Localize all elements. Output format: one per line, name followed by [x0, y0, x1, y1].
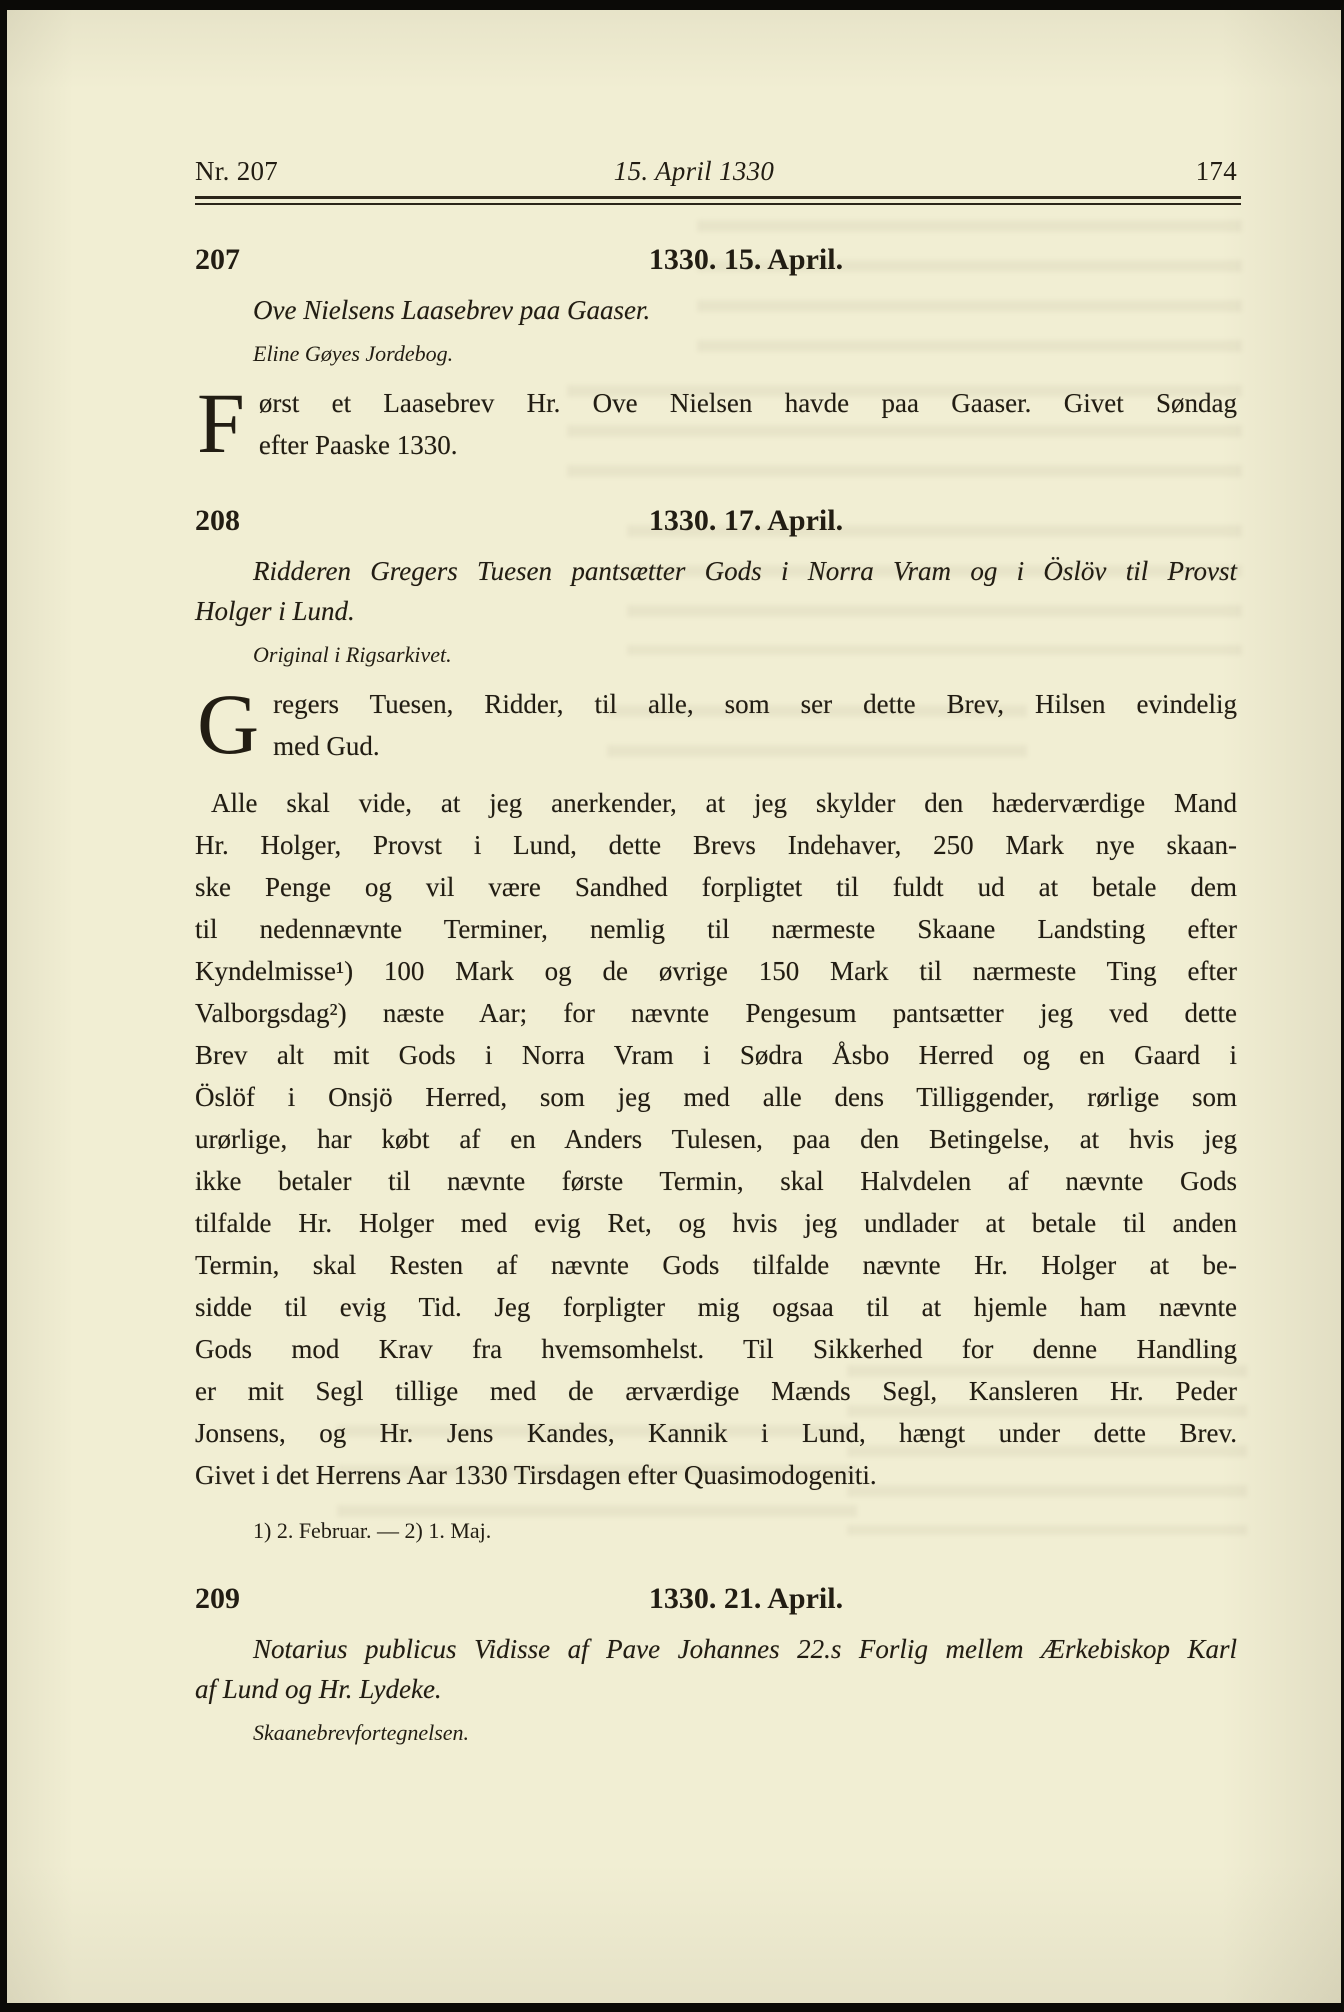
text-line: med Gud. — [195, 725, 1237, 767]
entry-summary: Ridderen Gregers Tuesen pantsætter Gods … — [195, 551, 1237, 631]
text-line: ikke betaler til nævnte første Termin, s… — [195, 1160, 1237, 1202]
text-line: Valborgsdag²) næste Aar; for nævnte Peng… — [195, 992, 1237, 1034]
entry-number: 207 — [195, 243, 240, 276]
text-line: Først et Laasebrev Hr. Ove Nielsen havde… — [195, 382, 1237, 424]
text-line: efter Paaske 1330. — [195, 424, 1237, 466]
text-line: Hr. Holger, Provst i Lund, dette Brevs I… — [195, 824, 1237, 866]
text-line: ske Penge og vil være Sandhed forpligtet… — [195, 866, 1237, 908]
text-line: til nedennævnte Terminer, nemlig til nær… — [195, 908, 1237, 950]
entry-date: 1330. 15. April. — [649, 243, 843, 277]
entry-body-paragraph: Alle skal vide, at jeg anerkender, at je… — [195, 782, 1237, 1496]
drop-cap-letter: G — [197, 688, 259, 760]
text-line: Gregers Tuesen, Ridder, til alle, som se… — [195, 683, 1237, 725]
entry-number: 208 — [195, 504, 240, 537]
text-line: af Lund og Hr. Lydeke. — [195, 1669, 1237, 1709]
entry-heading: 208 1330. 17. April. — [195, 504, 1237, 538]
running-header: Nr. 207 15. April 1330 174 — [195, 156, 1237, 187]
footnote: 1) 2. Februar. — 2) 1. Maj. — [195, 1518, 1237, 1544]
running-header-date: 15. April 1330 — [614, 156, 774, 187]
text-line: Öslöf i Onsjö Herred, som jeg med alle d… — [195, 1076, 1237, 1118]
entry-number: 209 — [195, 1582, 240, 1615]
entry-source: Skaanebrevfortegnelsen. — [195, 1720, 1237, 1746]
entry-source: Original i Rigsarkivet. — [195, 642, 1237, 668]
text-line: Holger i Lund. — [195, 591, 1237, 631]
entry-heading: 209 1330. 21. April. — [195, 1582, 1237, 1616]
running-header-number: Nr. 207 — [195, 156, 278, 187]
page-content: Nr. 207 15. April 1330 174 207 1330. 15.… — [195, 156, 1237, 1746]
drop-cap-letter: F — [197, 387, 245, 459]
entry-source: Eline Gøyes Jordebog. — [195, 341, 1237, 367]
text-line: Ridderen Gregers Tuesen pantsætter Gods … — [195, 551, 1237, 591]
text-line: Givet i det Herrens Aar 1330 Tirsdagen e… — [195, 1454, 1237, 1496]
entry-date: 1330. 21. April. — [649, 1582, 843, 1616]
entry-207: 207 1330. 15. April. Ove Nielsens Laaseb… — [195, 243, 1237, 466]
page-number: 174 — [1196, 156, 1237, 187]
text-line: sidde til evig Tid. Jeg forpligter mig o… — [195, 1286, 1237, 1328]
text-line: er mit Segl tillige med de ærværdige Mæn… — [195, 1370, 1237, 1412]
text-line: urørlige, har købt af en Anders Tulesen,… — [195, 1118, 1237, 1160]
text-line: Brev alt mit Gods i Norra Vram i Sødra Å… — [195, 1034, 1237, 1076]
text-line: Gods mod Krav fra hvemsomhelst. Til Sikk… — [195, 1328, 1237, 1370]
text-line: Notarius publicus Vidisse af Pave Johann… — [195, 1629, 1237, 1669]
text-line: Ove Nielsens Laasebrev paa Gaaser. — [195, 290, 1237, 330]
text-line: Termin, skal Resten af nævnte Gods tilfa… — [195, 1244, 1237, 1286]
scanned-book-page: Nr. 207 15. April 1330 174 207 1330. 15.… — [0, 0, 1344, 2012]
entry-heading: 207 1330. 15. April. — [195, 243, 1237, 277]
entry-body-paragraph: Gregers Tuesen, Ridder, til alle, som se… — [195, 683, 1237, 767]
header-rule — [195, 196, 1241, 205]
entry-body-paragraph: Først et Laasebrev Hr. Ove Nielsen havde… — [195, 382, 1237, 466]
text-line: Jonsens, og Hr. Jens Kandes, Kannik i Lu… — [195, 1412, 1237, 1454]
entry-209: 209 1330. 21. April. Notarius publicus V… — [195, 1582, 1237, 1746]
entry-208: 208 1330. 17. April. Ridderen Gregers Tu… — [195, 504, 1237, 1544]
text-line: Kyndelmisse¹) 100 Mark og de øvrige 150 … — [195, 950, 1237, 992]
entry-summary: Notarius publicus Vidisse af Pave Johann… — [195, 1629, 1237, 1709]
entry-date: 1330. 17. April. — [649, 504, 843, 538]
text-line: tilfalde Hr. Holger med evig Ret, og hvi… — [195, 1202, 1237, 1244]
text-line: Alle skal vide, at jeg anerkender, at je… — [195, 782, 1237, 824]
entry-summary: Ove Nielsens Laasebrev paa Gaaser. — [195, 290, 1237, 330]
